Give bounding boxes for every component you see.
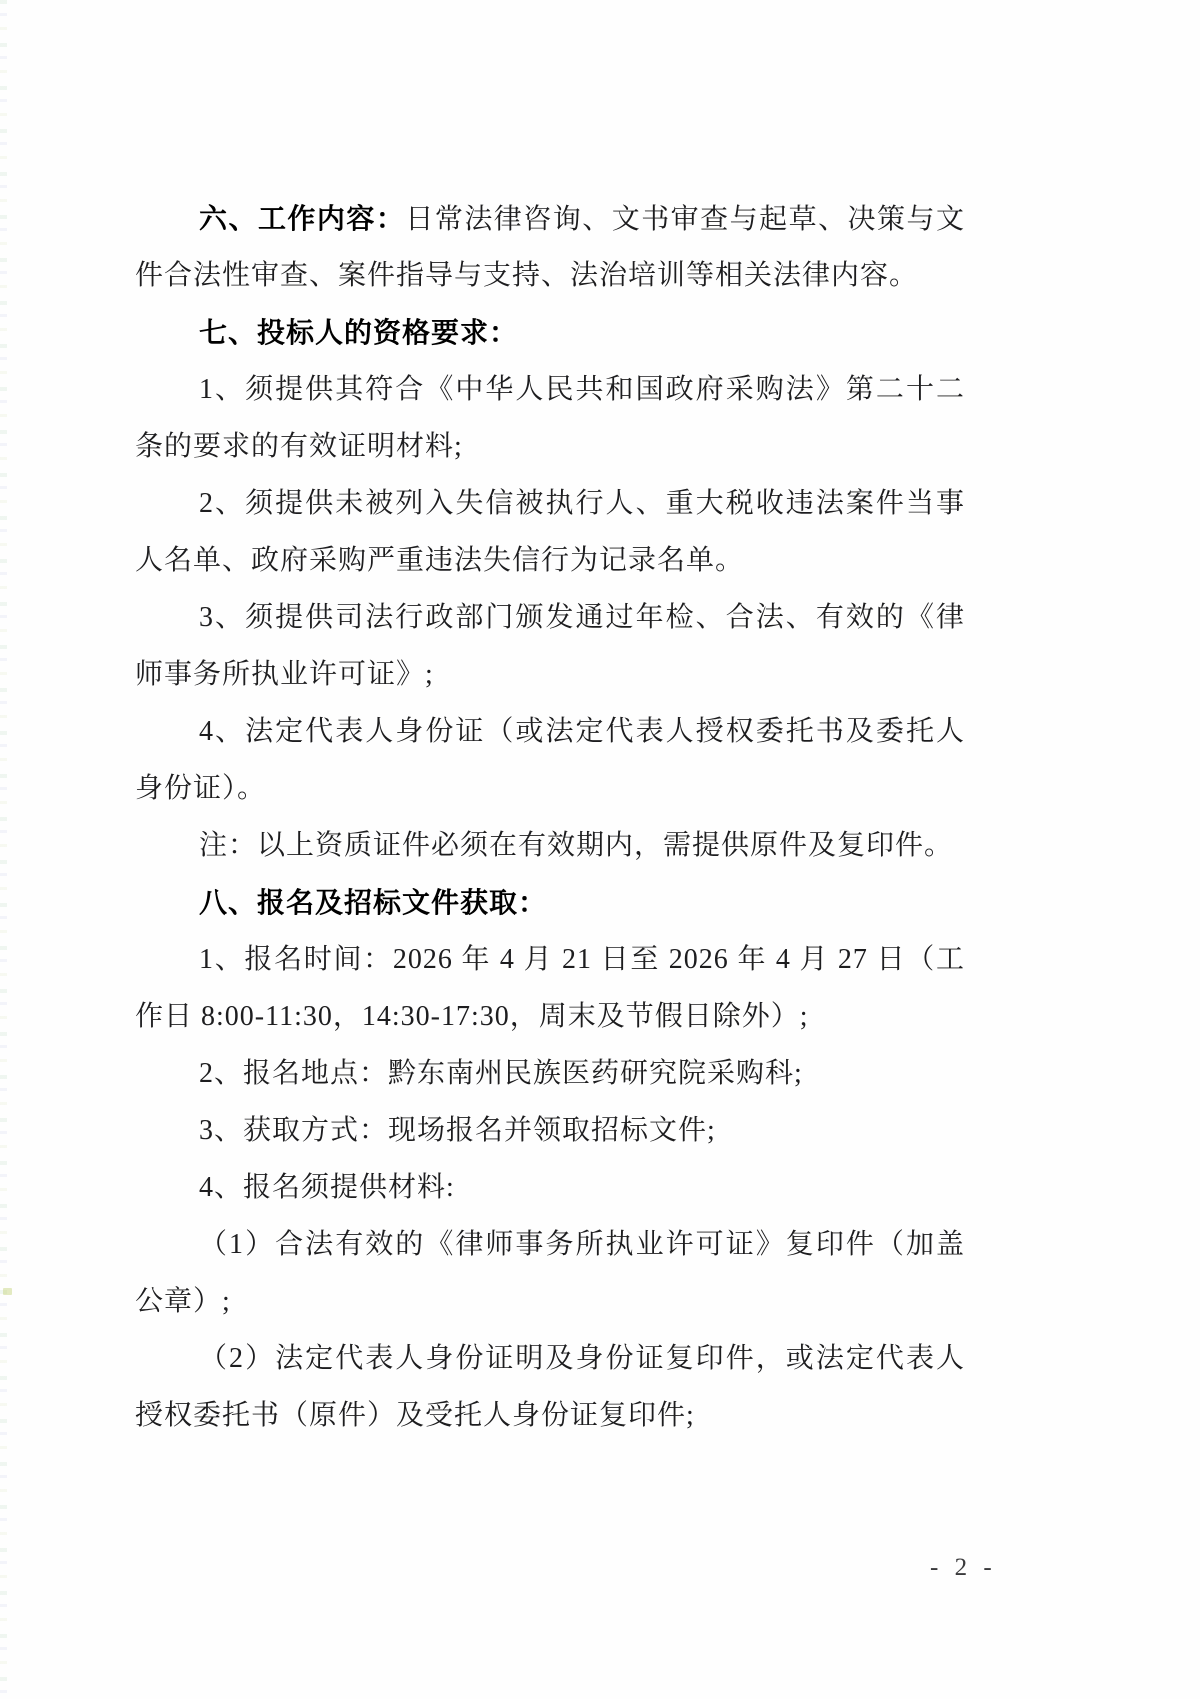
text-line: 八、报名及招标文件获取： <box>135 874 965 931</box>
line-text: 人名单、政府采购严重违法失信行为记录名单。 <box>135 545 744 576</box>
text-line: 1、报名时间：2026 年 4 月 21 日至 2026 年 4 月 27 日（… <box>135 931 965 988</box>
section-heading: 六、工作内容： <box>199 203 405 234</box>
text-line: 4、报名须提供材料: <box>135 1159 965 1216</box>
text-line: 1、须提供其符合《中华人民共和国政府采购法》第二十二 <box>135 361 965 418</box>
text-line: 注：以上资质证件必须在有效期内，需提供原件及复印件。 <box>135 817 965 874</box>
line-text: 3、获取方式：现场报名并领取招标文件; <box>199 1115 716 1146</box>
line-text: 1、报名时间：2026 年 4 月 21 日至 2026 年 4 月 27 日（… <box>199 944 965 975</box>
line-text: （1）合法有效的《律师事务所执业许可证》复印件（加盖 <box>199 1229 965 1260</box>
text-line: 身份证）。 <box>135 760 965 817</box>
line-text: 件合法性审查、案件指导与支持、法治培训等相关法律内容。 <box>135 260 918 291</box>
line-text: 条的要求的有效证明材料; <box>135 431 463 462</box>
line-text: （2）法定代表人身份证明及身份证复印件，或法定代表人 <box>199 1343 965 1374</box>
text-line: 件合法性审查、案件指导与支持、法治培训等相关法律内容。 <box>135 247 965 304</box>
line-text: 作日 8:00-11:30，14:30-17:30，周末及节假日除外）; <box>135 1001 809 1032</box>
text-line: 4、法定代表人身份证（或法定代表人授权委托书及委托人 <box>135 703 965 760</box>
text-line: 2、须提供未被列入失信被执行人、重大税收违法案件当事 <box>135 475 965 532</box>
line-text: 授权委托书（原件）及受托人身份证复印件; <box>135 1400 695 1431</box>
line-text: 公章）; <box>135 1286 231 1317</box>
text-line: 七、投标人的资格要求： <box>135 304 965 361</box>
document-page: 六、工作内容：日常法律咨询、文书审查与起草、决策与文 件合法性审查、案件指导与支… <box>0 0 1200 1699</box>
text-line: 公章）; <box>135 1273 965 1330</box>
line-text: 4、报名须提供材料: <box>199 1172 455 1203</box>
section-heading: 八、报名及招标文件获取： <box>199 887 547 918</box>
page-number: - 2 - <box>930 1548 1070 1588</box>
line-text: 2、报名地点：黔东南州民族医药研究院采购科; <box>199 1058 803 1089</box>
line-text: 1、须提供其符合《中华人民共和国政府采购法》第二十二 <box>199 374 965 405</box>
text-line: 3、获取方式：现场报名并领取招标文件; <box>135 1102 965 1159</box>
text-line: 2、报名地点：黔东南州民族医药研究院采购科; <box>135 1045 965 1102</box>
scan-noise-edge <box>0 0 7 1699</box>
text-line: （1）合法有效的《律师事务所执业许可证》复印件（加盖 <box>135 1216 965 1273</box>
text-line: 授权委托书（原件）及受托人身份证复印件; <box>135 1387 965 1444</box>
text-line: 3、须提供司法行政部门颁发通过年检、合法、有效的《律 <box>135 589 965 646</box>
text-line: 人名单、政府采购严重违法失信行为记录名单。 <box>135 532 965 589</box>
text-line: 作日 8:00-11:30，14:30-17:30，周末及节假日除外）; <box>135 988 965 1045</box>
text-line: 条的要求的有效证明材料; <box>135 418 965 475</box>
line-text: 4、法定代表人身份证（或法定代表人授权委托书及委托人 <box>199 716 965 747</box>
scan-noise-speck <box>3 1288 12 1295</box>
line-text: 日常法律咨询、文书审查与起草、决策与文 <box>405 204 965 235</box>
line-text: 注：以上资质证件必须在有效期内，需提供原件及复印件。 <box>199 830 953 861</box>
section-heading: 七、投标人的资格要求： <box>199 317 518 348</box>
line-text: 3、须提供司法行政部门颁发通过年检、合法、有效的《律 <box>199 602 965 633</box>
text-line: 六、工作内容：日常法律咨询、文书审查与起草、决策与文 <box>135 190 965 247</box>
text-line: 师事务所执业许可证》; <box>135 646 965 703</box>
line-text: 身份证）。 <box>135 773 266 804</box>
line-text: 师事务所执业许可证》; <box>135 659 434 690</box>
text-line: （2）法定代表人身份证明及身份证复印件，或法定代表人 <box>135 1330 965 1387</box>
line-text: 2、须提供未被列入失信被执行人、重大税收违法案件当事 <box>199 488 965 519</box>
